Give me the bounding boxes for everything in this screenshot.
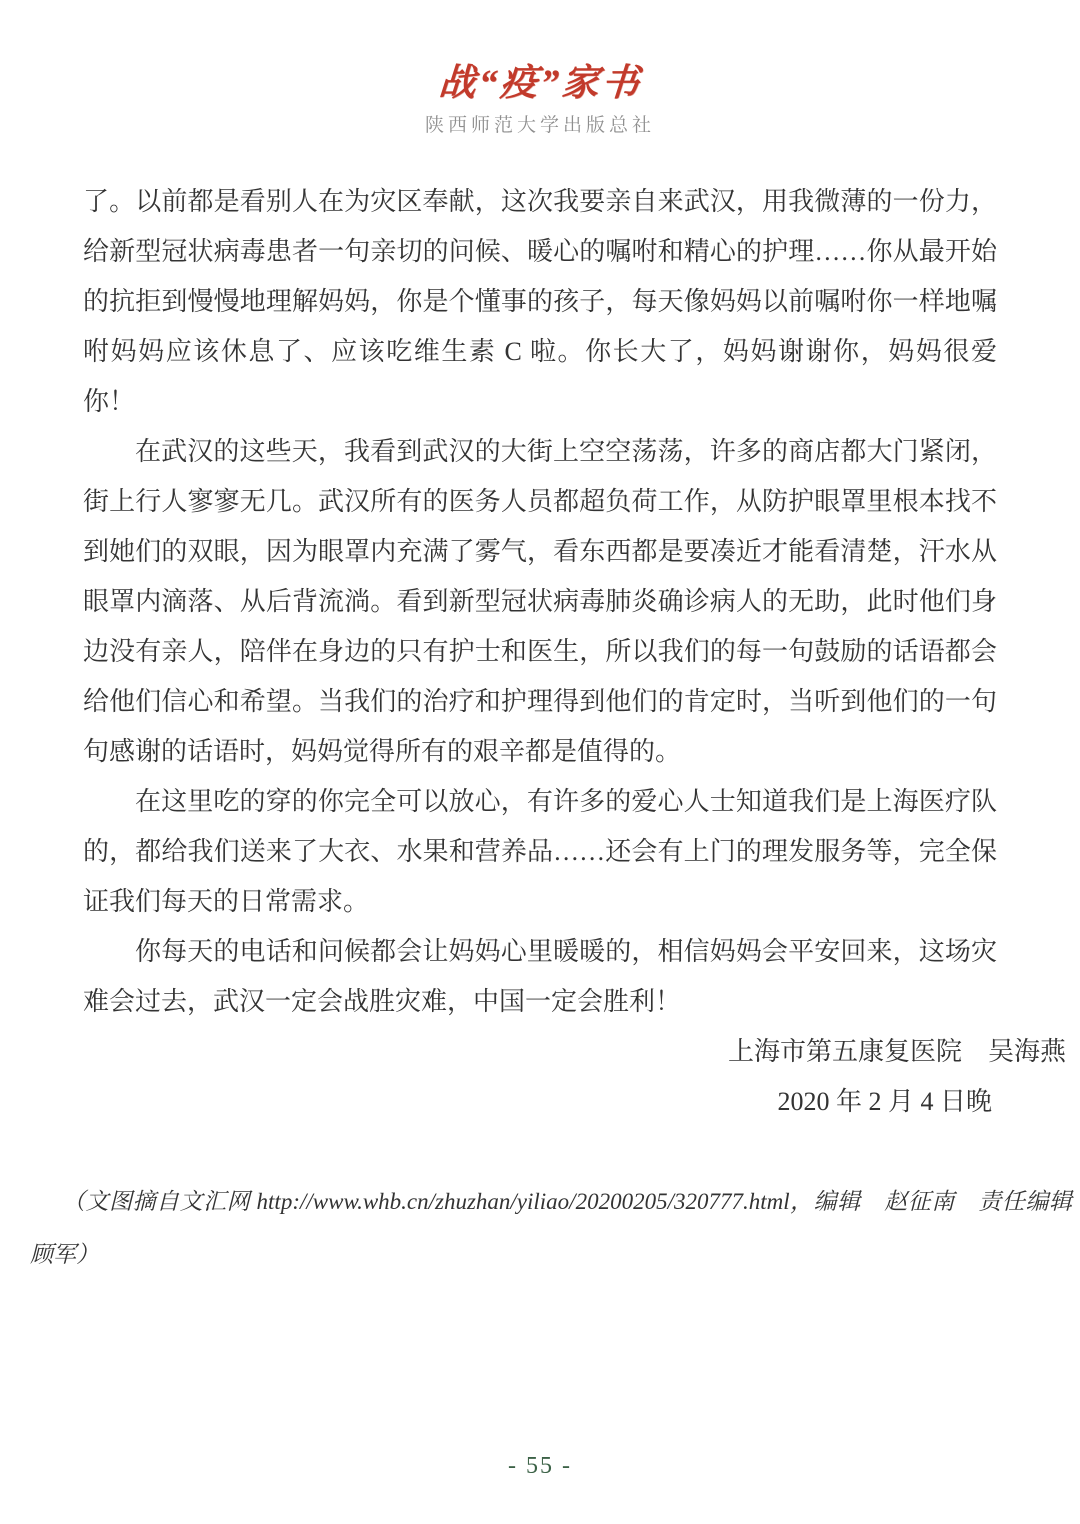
letter-body: 了。以前都是看别人在为灾区奉献，这次我要亲自来武汉，用我微薄的一份力，给新型冠状… xyxy=(83,177,997,1027)
letter-paragraph: 了。以前都是看别人在为灾区奉献，这次我要亲自来武汉，用我微薄的一份力，给新型冠状… xyxy=(83,177,997,427)
page-footer: - 55 - xyxy=(0,1453,1080,1480)
letter-paragraph: 你每天的电话和问候都会让妈妈心里暖暖的，相信妈妈会平安回来，这场灾难会过去，武汉… xyxy=(83,927,997,1027)
page-number: - 55 - xyxy=(508,1453,572,1479)
page-header: 战“疫”家书 陕西师范大学出版总社 xyxy=(0,0,1080,137)
letter-paragraph: 在这里吃的穿的你完全可以放心，有许多的爱心人士知道我们是上海医疗队的，都给我们送… xyxy=(83,777,997,927)
letter-page: 战“疫”家书 陕西师范大学出版总社 了。以前都是看别人在为灾区奉献，这次我要亲自… xyxy=(0,0,1080,1524)
letter-date: 2020 年 2 月 4 日晚 xyxy=(0,1077,1080,1127)
letter-paragraph: 在武汉的这些天，我看到武汉的大街上空空荡荡，许多的商店都大门紧闭，街上行人寥寥无… xyxy=(83,427,997,777)
series-logo-calligraphy: 战“疫”家书 xyxy=(437,52,644,106)
publisher-name: 陕西师范大学出版总社 xyxy=(0,110,1080,137)
letter-signature: 上海市第五康复医院 吴海燕 xyxy=(0,1027,1080,1077)
source-citation: （文图摘自文汇网 http://www.whb.cn/zhuzhan/yilia… xyxy=(30,1175,1072,1281)
